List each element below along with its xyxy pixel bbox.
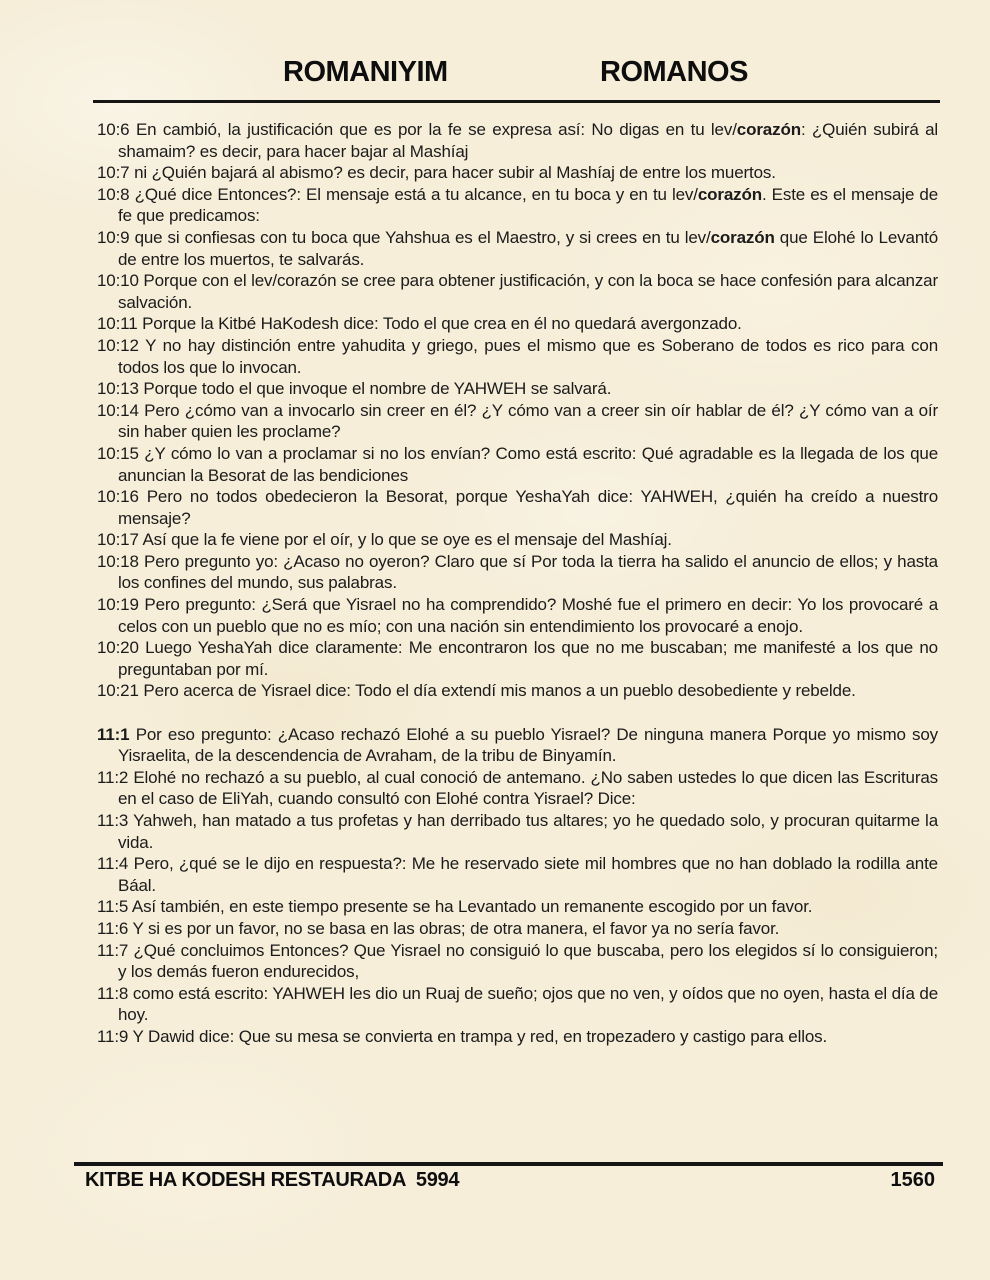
verse-text: Así también, en este tiempo presente se … (132, 897, 812, 916)
footer-page-number: 1560 (891, 1169, 936, 1192)
verse-text: Y si es por un favor, no se basa en las … (133, 919, 780, 938)
verse: 10:21 Pero acerca de Yisrael dice: Todo … (97, 680, 938, 702)
verse-number: 10:21 (97, 681, 143, 700)
verse-number: 10:12 (97, 336, 145, 355)
verse-number: 10:9 (97, 228, 135, 247)
verse: 10:7 ni ¿Quién bajará al abismo? es deci… (97, 162, 938, 184)
verse-text: Pero pregunto yo: ¿Acaso no oyeron? Clar… (118, 552, 938, 593)
verse: 10:9 que si confiesas con tu boca que Ya… (97, 227, 938, 270)
verse-text: que si confiesas con tu boca que Yahshua… (135, 228, 711, 247)
verse: 10:11 Porque la Kitbé HaKodesh dice: Tod… (97, 313, 938, 335)
verse-text: En cambió, la justificación que es por l… (136, 120, 737, 139)
verse-text: ¿Y cómo lo van a proclamar si no los env… (118, 444, 938, 485)
verse-text-bold: corazón (711, 228, 775, 247)
verse-text: Porque con el lev/corazón se cree para o… (118, 271, 938, 312)
page-title-hebrew: ROMANIYIM (283, 56, 448, 89)
verse-text: Así que la fe viene por el oír, y lo que… (142, 530, 671, 549)
verse: 10:20 Luego YeshaYah dice claramente: Me… (97, 637, 938, 680)
verse: 10:18 Pero pregunto yo: ¿Acaso no oyeron… (97, 551, 938, 594)
verse: 11:6 Y si es por un favor, no se basa en… (97, 918, 938, 940)
verse-number: 10:13 (97, 379, 143, 398)
verse: 10:14 Pero ¿cómo van a invocarlo sin cre… (97, 400, 938, 443)
verse-text: Pero ¿cómo van a invocarlo sin creer en … (118, 401, 938, 442)
verse-number: 11:4 (97, 854, 134, 873)
verse-text: ni ¿Quién bajará al abismo? es decir, pa… (134, 163, 776, 182)
verse: 11:4 Pero, ¿qué se le dijo en respuesta?… (97, 853, 938, 896)
verse-text: Y no hay distinción entre yahudita y gri… (118, 336, 938, 377)
scripture-page: ROMANIYIM ROMANOS 10:6 En cambió, la jus… (0, 0, 990, 1280)
verse-number: 11:2 (97, 768, 133, 787)
page-title-spanish: ROMANOS (600, 56, 748, 89)
verse: 10:8 ¿Qué dice Entonces?: El mensaje est… (97, 184, 938, 227)
verse-number: 10:7 (97, 163, 134, 182)
verse: 10:6 En cambió, la justificación que es … (97, 119, 938, 162)
verse: 11:5 Así también, en este tiempo present… (97, 896, 938, 918)
verse-number: 10:18 (97, 552, 144, 571)
verse-text: Luego YeshaYah dice claramente: Me encon… (118, 638, 938, 679)
verse: 10:19 Pero pregunto: ¿Será que Yisrael n… (97, 594, 938, 637)
verse-number: 10:6 (97, 120, 136, 139)
verse: 11:2 Elohé no rechazó a su pueblo, al cu… (97, 767, 938, 810)
verse-number: 11:5 (97, 897, 132, 916)
verse-text: como está escrito: YAHWEH les dio un Rua… (118, 984, 938, 1025)
verse-number: 11:7 (97, 941, 133, 960)
verse: 10:10 Porque con el lev/corazón se cree … (97, 270, 938, 313)
verse-text: Pero no todos obedecieron la Besorat, po… (118, 487, 938, 528)
verse-number: 11:8 (97, 984, 133, 1003)
verse-number: 10:17 (97, 530, 142, 549)
verse-text: ¿Qué dice Entonces?: El mensaje está a t… (135, 185, 698, 204)
verse-text: Elohé no rechazó a su pueblo, al cual co… (118, 768, 938, 809)
verse-text: Yahweh, han matado a tus profetas y han … (118, 811, 938, 852)
verse-text: Pero, ¿qué se le dijo en respuesta?: Me … (118, 854, 938, 895)
verse-text: ¿Qué concluimos Entonces? Que Yisrael no… (118, 941, 938, 982)
verse-number: 11:3 (97, 811, 133, 830)
footer-edition-label: KITBE HA KODESH RESTAURADA 5994 (85, 1169, 459, 1192)
verse-text-bold: corazón (737, 120, 801, 139)
verse-number: 11:6 (97, 919, 133, 938)
verse-number: 10:10 (97, 271, 143, 290)
verse: 10:13 Porque todo el que invoque el nomb… (97, 378, 938, 400)
verse-number: 11:1 (97, 725, 136, 744)
verse-text: Pero pregunto: ¿Será que Yisrael no ha c… (118, 595, 938, 636)
verse: 10:16 Pero no todos obedecieron la Besor… (97, 486, 938, 529)
verse-text: Porque todo el que invoque el nombre de … (143, 379, 611, 398)
verse-text-bold: corazón (698, 185, 762, 204)
verse-number: 10:15 (97, 444, 144, 463)
verse-number: 10:16 (97, 487, 147, 506)
header-rule (93, 100, 940, 103)
verse: 11:9 Y Dawid dice: Que su mesa se convie… (97, 1026, 938, 1048)
verse-text: Pero acerca de Yisrael dice: Todo el día… (143, 681, 855, 700)
verse-number: 10:19 (97, 595, 144, 614)
verse-number: 11:9 (97, 1027, 133, 1046)
verse-text: Y Dawid dice: Que su mesa se convierta e… (133, 1027, 828, 1046)
verse: 11:1 Por eso pregunto: ¿Acaso rechazó El… (97, 724, 938, 767)
verse: 10:17 Así que la fe viene por el oír, y … (97, 529, 938, 551)
verse-number: 10:11 (97, 314, 142, 333)
verse-list: 10:6 En cambió, la justificación que es … (97, 119, 938, 1048)
verse: 11:8 como está escrito: YAHWEH les dio u… (97, 983, 938, 1026)
verse-number: 10:8 (97, 185, 135, 204)
verse: 10:15 ¿Y cómo lo van a proclamar si no l… (97, 443, 938, 486)
verse-text: Porque la Kitbé HaKodesh dice: Todo el q… (142, 314, 742, 333)
footer-rule (74, 1162, 943, 1166)
verse-number: 10:14 (97, 401, 144, 420)
verse: 11:7 ¿Qué concluimos Entonces? Que Yisra… (97, 940, 938, 983)
verse-text: Por eso pregunto: ¿Acaso rechazó Elohé a… (118, 725, 938, 766)
verse: 11:3 Yahweh, han matado a tus profetas y… (97, 810, 938, 853)
verse-number: 10:20 (97, 638, 145, 657)
verse: 10:12 Y no hay distinción entre yahudita… (97, 335, 938, 378)
